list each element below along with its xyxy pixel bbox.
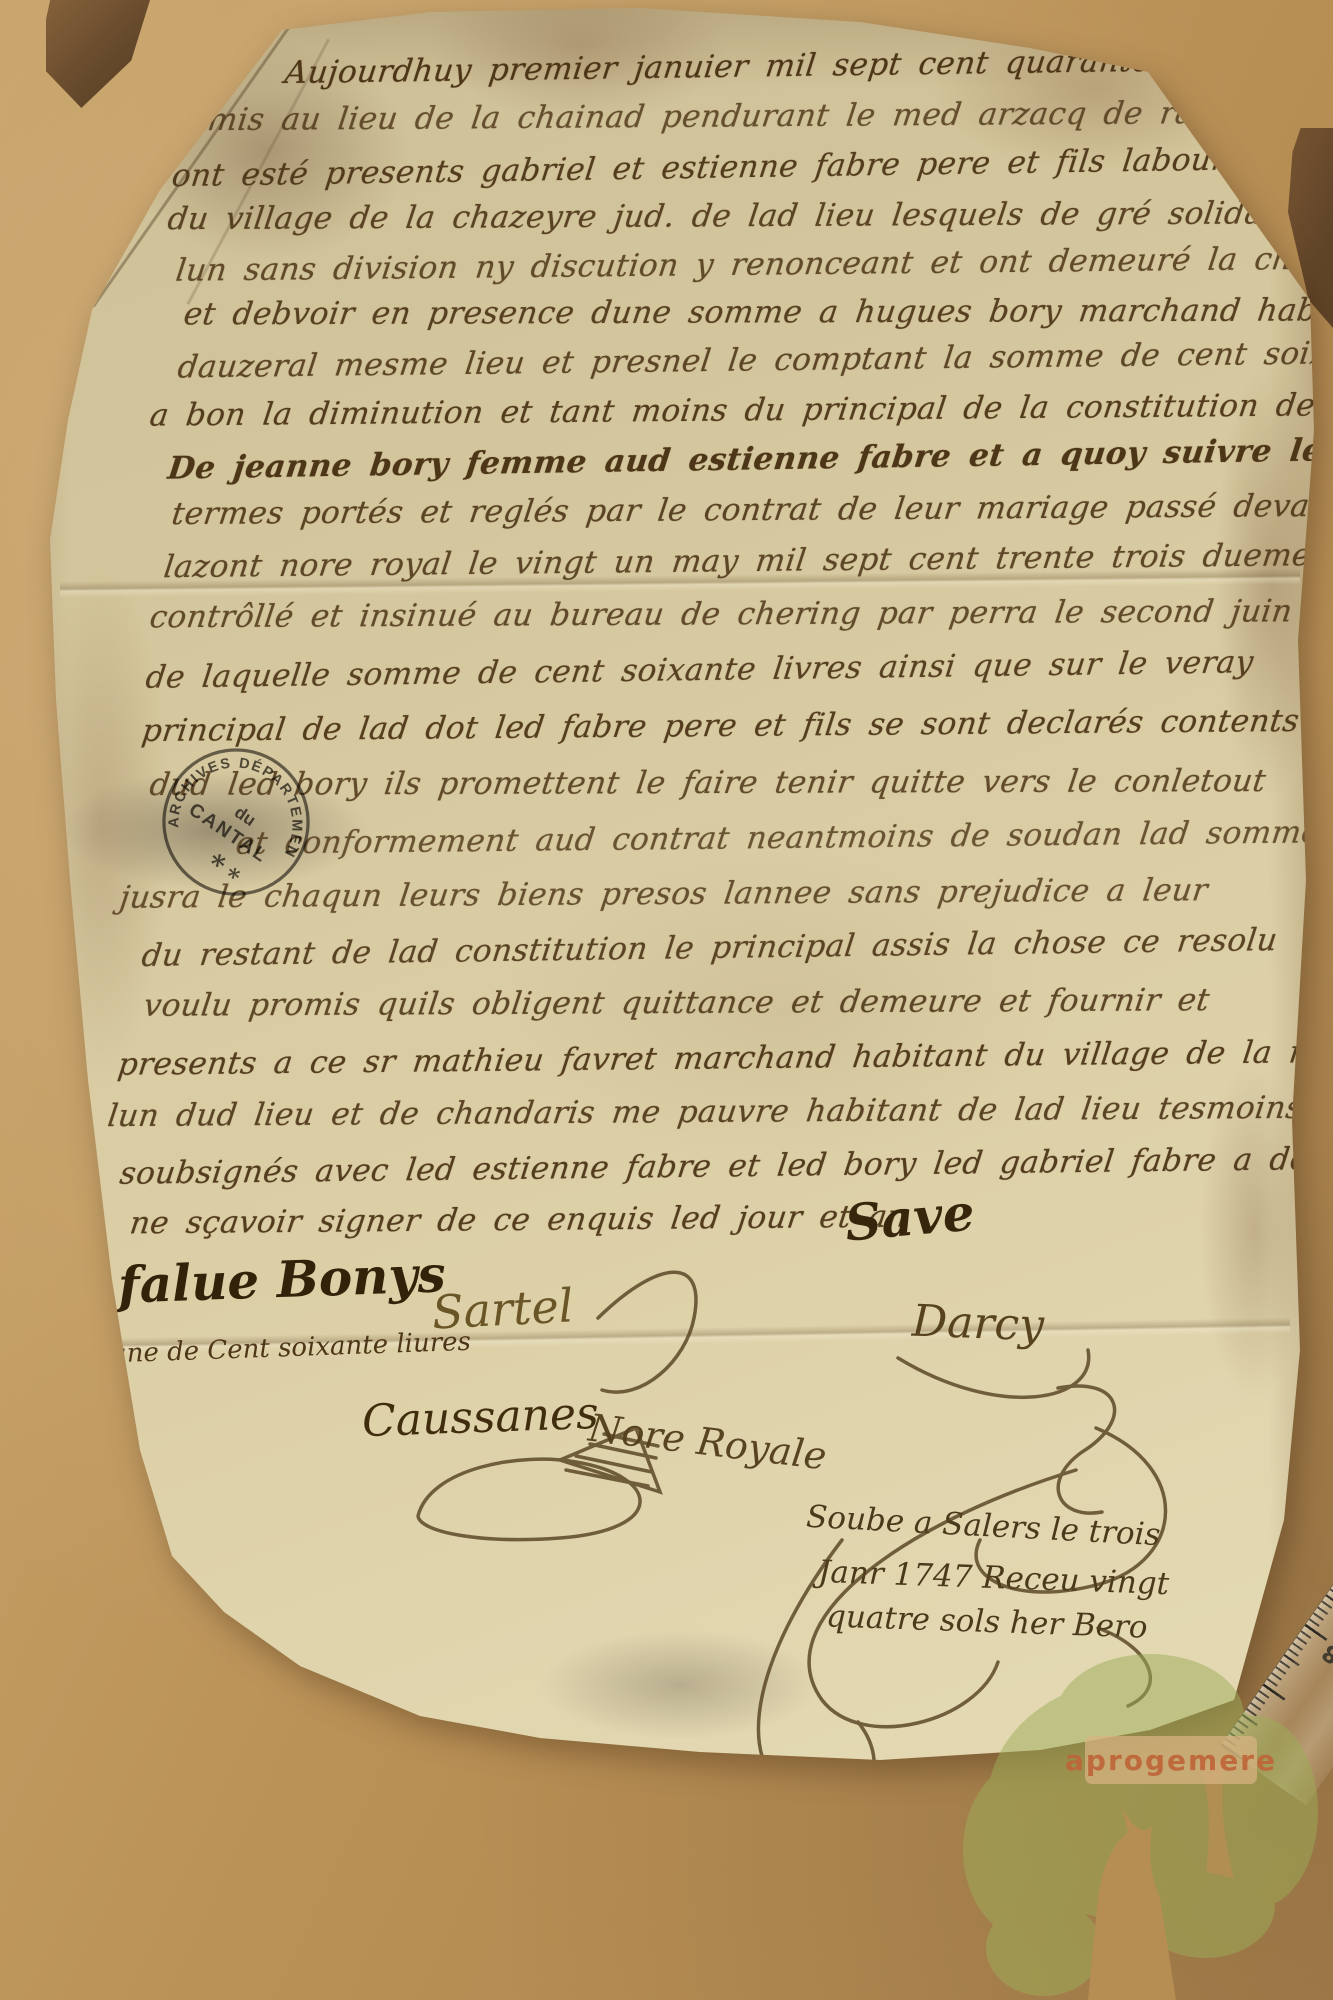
controle-line-3: quatre sols her Bero [825,1598,1148,1645]
signature-darcy: Darcy [911,1296,1045,1352]
photograph-of-manuscript: Aujourdhuy premier januier mil sept cent… [0,0,1333,2000]
manuscript-line: lun sans division ny discution y renonce… [174,239,1333,288]
controle-line-2: Janr 1747 Receu vingt [817,1554,1169,1602]
stamp-star-left: * [206,847,228,883]
manuscript-line: Aujourdhuy premier januier mil sept cent… [283,41,1296,91]
closing-word: Save [843,1182,977,1252]
manuscript-page: Aujourdhuy premier januier mil sept cent… [0,0,1333,2000]
manuscript-line: du village de la chazeyre jud. de lad li… [166,195,1333,237]
controle-line-1: Soube a Salers le trois [805,1499,1161,1554]
manuscript-line: ne sçavoir signer de ce enquis led jour … [128,1199,910,1242]
archives-cantal-stamp: ARCHIVES DÉPARTEMENTALES du CANTAL * * [150,736,322,908]
manuscript-line: voulu promis quils obligent quittance et… [142,982,1212,1024]
stamp-star-right: * [224,862,243,892]
manuscript-line: du restant de lad constitution le princi… [140,922,1280,974]
signature-caussanes: Caussanes [361,1388,599,1447]
manuscript-line: a bon la diminution et tant moins du pri… [148,386,1333,433]
stamp-center-cantal: CANTAL [185,799,273,868]
manuscript-line: presents a ce sr mathieu favret marchand… [116,1033,1333,1083]
manuscript-line: contrôllé et insinué au bureau de cherin… [148,593,1333,636]
marginal-amount-note: attaune de Cent soixante liures [58,1327,472,1371]
manuscript-line: De jeanne bory femme aud estienne fabre … [166,429,1333,486]
manuscript-line: soubsignés avec led estienne fabre et le… [118,1140,1333,1192]
manuscript-line: de laquelle somme de cent soixante livre… [144,644,1256,696]
manuscript-line: ont esté presents gabriel et estienne fa… [170,138,1333,194]
manuscript-line: termes portés et reglés par le contrat d… [170,488,1333,532]
left-margin-mark: 1) [48,1572,79,1607]
manuscript-line: dauzeral mesme lieu et presnel le compta… [176,335,1333,386]
paper-shadow-wrap: Aujourdhuy premier januier mil sept cent… [0,0,1333,2000]
manuscript-line: lun dud lieu et de chandaris me pauvre h… [106,1090,1305,1134]
manuscript-line: mis au lieu de la chainad pendurant le m… [206,94,1333,138]
manuscript-line: et conformement aud contrat neantmoins d… [234,814,1323,861]
signature-fabre-bonys: falue Bonys [117,1244,447,1314]
notary-title: Nore Royale [586,1406,829,1479]
manuscript-line: lazont nore royal le vingt un may mil se… [162,537,1333,585]
manuscript-line: et debvoir en presence dune somme a hugu… [182,292,1333,333]
paper-stain [540,1630,820,1740]
